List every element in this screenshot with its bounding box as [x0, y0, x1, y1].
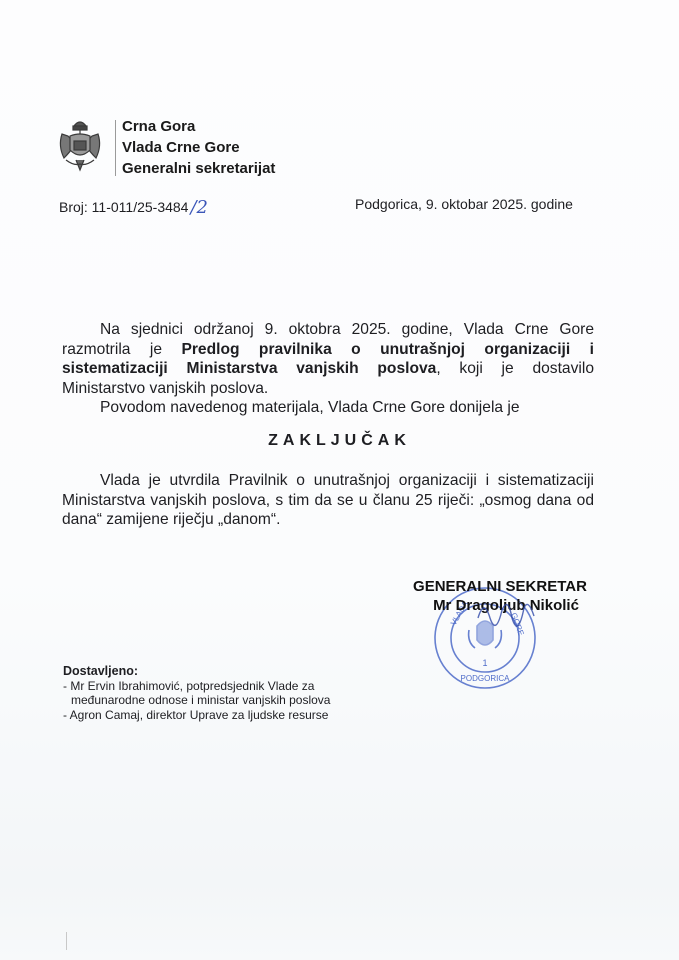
- distribution-item-continued: međunarodne odnose i ministar vanjskih p…: [63, 693, 330, 708]
- distribution-item: - Mr Ervin Ibrahimović, potpredsjednik V…: [63, 679, 330, 694]
- distribution-item: - Agron Camaj, direktor Uprave za ljudsk…: [63, 708, 330, 723]
- department-name: Generalni sekretarijat: [122, 158, 275, 179]
- reference-number-text: Broj: 11-011/25-3484: [59, 199, 188, 215]
- coat-of-arms-icon: [54, 116, 106, 174]
- organization-name: Crna Gora Vlada Crne Gore Generalni sekr…: [122, 116, 275, 179]
- government-name: Vlada Crne Gore: [122, 137, 275, 158]
- country-name: Crna Gora: [122, 116, 275, 137]
- distribution-heading: Dostavljeno:: [63, 664, 330, 679]
- document-page: Crna Gora Vlada Crne Gore Generalni sekr…: [0, 0, 679, 960]
- paragraph-conclusion: Vlada je utvrdila Pravilnik o unutrašnjo…: [62, 471, 594, 530]
- reference-number: Broj: 11-011/25-3484/2: [59, 196, 208, 217]
- stamp-bottom-text: PODGORICA: [461, 674, 511, 683]
- handwritten-suffix: /2: [190, 197, 208, 218]
- header-divider: [115, 120, 116, 176]
- distribution-list: Dostavljeno: - Mr Ervin Ibrahimović, pot…: [63, 664, 330, 722]
- paragraph-session: Na sjednici održanoj 9. oktobra 2025. go…: [62, 320, 594, 398]
- scan-artifact: [66, 932, 67, 950]
- handwritten-signature: [470, 588, 550, 648]
- stamp-number: 1: [482, 658, 487, 668]
- document-title: ZAKLJUČAK: [0, 432, 679, 450]
- paragraph-decision-intro: Povodom navedenog materijala, Vlada Crne…: [62, 398, 594, 418]
- place-date: Podgorica, 9. oktobar 2025. godine: [355, 196, 573, 212]
